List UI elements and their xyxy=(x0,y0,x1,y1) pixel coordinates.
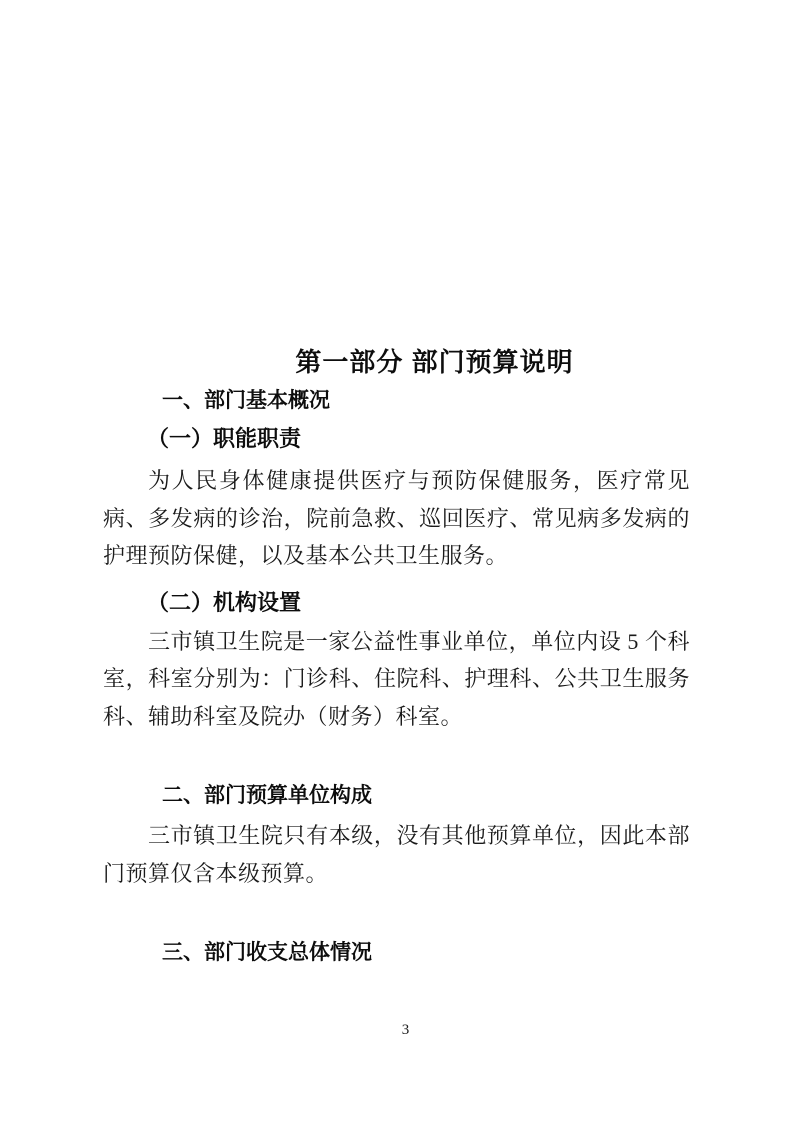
section-2-heading: 二、部门预算单位构成 xyxy=(103,777,690,815)
document-page: 第一部分 部门预算说明 一、部门基本概况 （一）职能职责 为人民身体健康提供医疗… xyxy=(0,0,793,1122)
section-1-sub-2-body: 三市镇卫生院是一家公益性事业单位，单位内设 5 个科室，科室分别为：门诊科、住院… xyxy=(103,623,690,736)
section-3-heading: 三、部门收支总体情况 xyxy=(103,934,690,972)
document-content: 第一部分 部门预算说明 一、部门基本概况 （一）职能职责 为人民身体健康提供医疗… xyxy=(103,342,690,972)
section-1-sub-1-heading: （一）职能职责 xyxy=(103,420,690,458)
section-1-sub-1-body: 为人民身体健康提供医疗与预防保健服务，医疗常见病、多发病的诊治，院前急救、巡回医… xyxy=(103,462,690,575)
section-2-body: 三市镇卫生院只有本级，没有其他预算单位，因此本部门预算仅含本级预算。 xyxy=(103,817,690,892)
page-number: 3 xyxy=(9,1020,793,1040)
section-1-heading: 一、部门基本概况 xyxy=(103,382,690,420)
section-1-sub-2-heading: （二）机构设置 xyxy=(103,584,690,622)
document-title: 第一部分 部门预算说明 xyxy=(141,342,728,382)
